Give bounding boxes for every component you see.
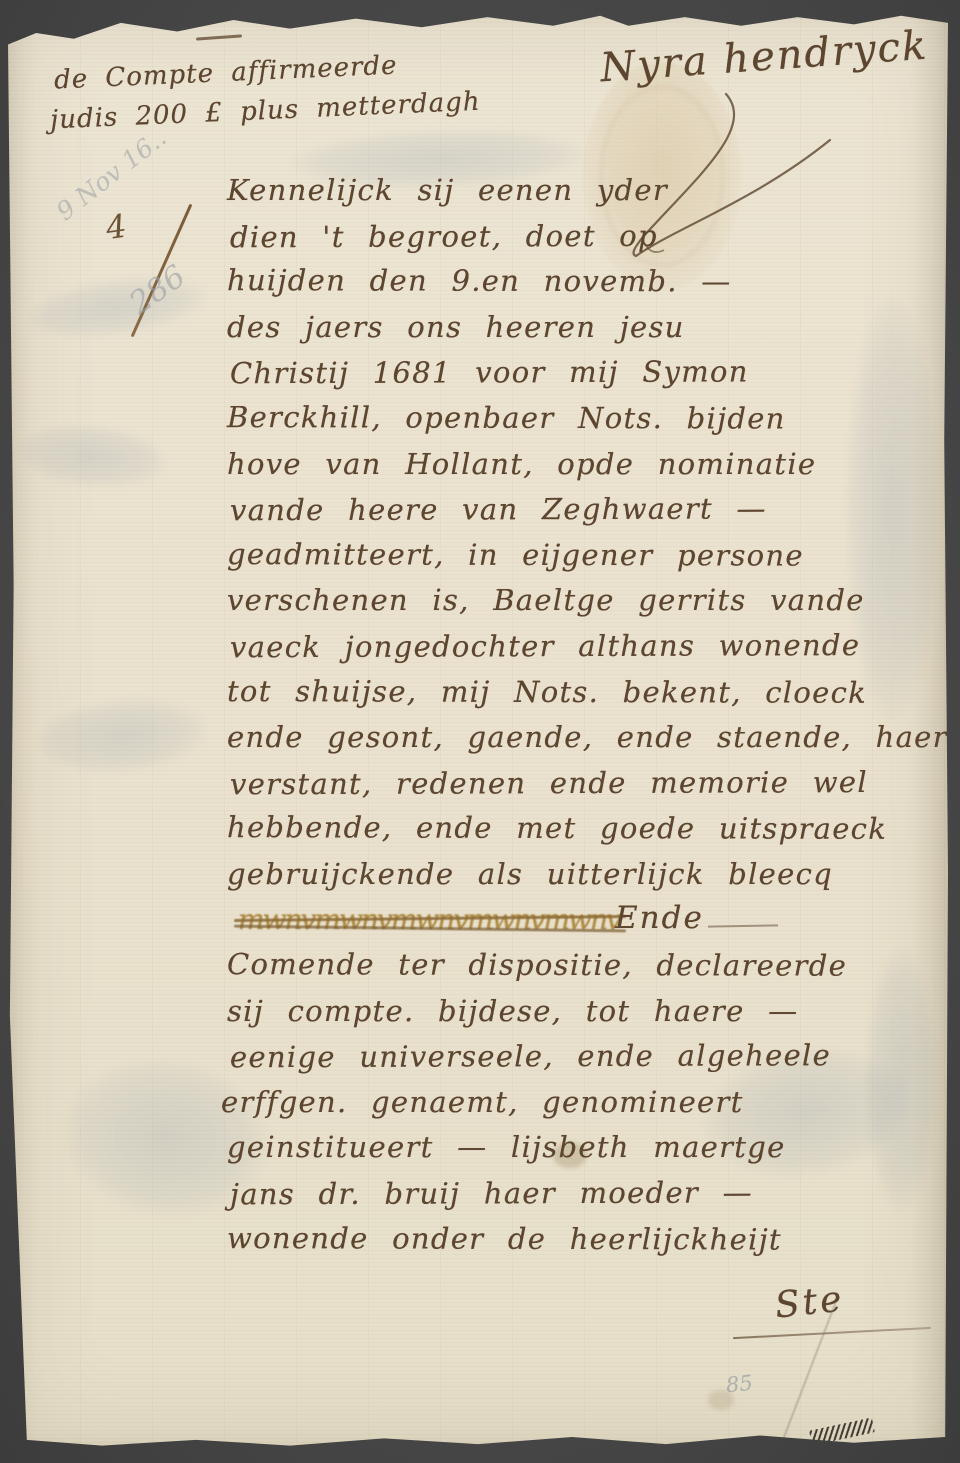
page-number: 85 bbox=[725, 1371, 754, 1398]
manuscript-line: hebbende, ende met goede uitspraeck bbox=[227, 805, 939, 852]
manuscript-line: Berckhill, openbaer Nots. bijden bbox=[227, 395, 939, 442]
manuscript-line: Comende ter dispositie, declareerde bbox=[227, 942, 939, 989]
manuscript-line: Christij 1681 voor mij Symon bbox=[230, 349, 942, 397]
manuscript-line: sij compte. bijdese, tot haere — bbox=[227, 989, 939, 1035]
manuscript-line: tot shuijse, mij Nots. bekent, cloeck bbox=[227, 669, 939, 716]
manuscript-line: vaeck jongedochter althans wonende bbox=[230, 623, 942, 671]
manuscript-line: hove van Hollant, opde nominatie bbox=[227, 442, 939, 488]
manuscript-line: vande heere van Zeghwaert — bbox=[230, 486, 942, 534]
catchword-underline bbox=[733, 1327, 931, 1339]
manuscript-word-ende: Ende bbox=[615, 900, 704, 936]
manuscript-line: verstant, redenen ende memorie wel bbox=[230, 759, 942, 807]
manuscript-line: dien 't begroet, doet op bbox=[230, 212, 942, 260]
margin-pencil-number: 286 bbox=[123, 258, 192, 321]
manuscript-line: erffgen. genaemt, genomineert bbox=[221, 1080, 933, 1126]
manuscript-line: ende gesont, gaende, ende staende, haer bbox=[227, 715, 939, 761]
manuscript-line: geadmitteert, in eijgener persone bbox=[227, 532, 939, 579]
annotation-dash bbox=[196, 34, 242, 40]
manuscript-page: Nyra hendryck de Compte affirmeerde judi… bbox=[8, 10, 948, 1447]
margin-annotation-line1: de Compte affirmeerde bbox=[54, 51, 399, 96]
margin-ink-mark: 4 bbox=[103, 207, 128, 247]
header-inscription: Nyra hendryck bbox=[599, 23, 930, 92]
manuscript-line: Kennelijck sij eenen yder bbox=[227, 168, 939, 214]
manuscript-line: gebruijckende als uitterlijck bleecq bbox=[227, 852, 939, 898]
manuscript-line: jans dr. bruij haer moeder — bbox=[230, 1170, 942, 1218]
manuscript-line: verschenen is, Baeltge gerrits vande bbox=[227, 578, 939, 624]
manuscript-line: huijden den 9.en novemb. — bbox=[227, 258, 939, 305]
margin-annotation-line2: judis 200 £ plus metterdagh bbox=[50, 87, 482, 136]
struck-through-text: mwnvmwnvmwnvmwnvmwnv bbox=[238, 903, 620, 936]
manuscript-text-block: Kennelijck sij eenen yderdien 't begroet… bbox=[227, 168, 939, 1262]
show-through-smudge bbox=[14, 419, 169, 494]
manuscript-line: eenige universeele, ende algeheele bbox=[230, 1033, 942, 1081]
manuscript-line: geinstitueert — lijsbeth maertge bbox=[227, 1125, 939, 1171]
pen-hatch-mark bbox=[809, 1418, 875, 1446]
scan-background: Nyra hendryck de Compte affirmeerde judi… bbox=[0, 0, 960, 1463]
manuscript-line: wonende onder de heerlijckheijt bbox=[227, 1216, 939, 1263]
show-through-smudge bbox=[33, 693, 209, 780]
manuscript-line: des jaers ons heeren jesu bbox=[227, 305, 939, 351]
